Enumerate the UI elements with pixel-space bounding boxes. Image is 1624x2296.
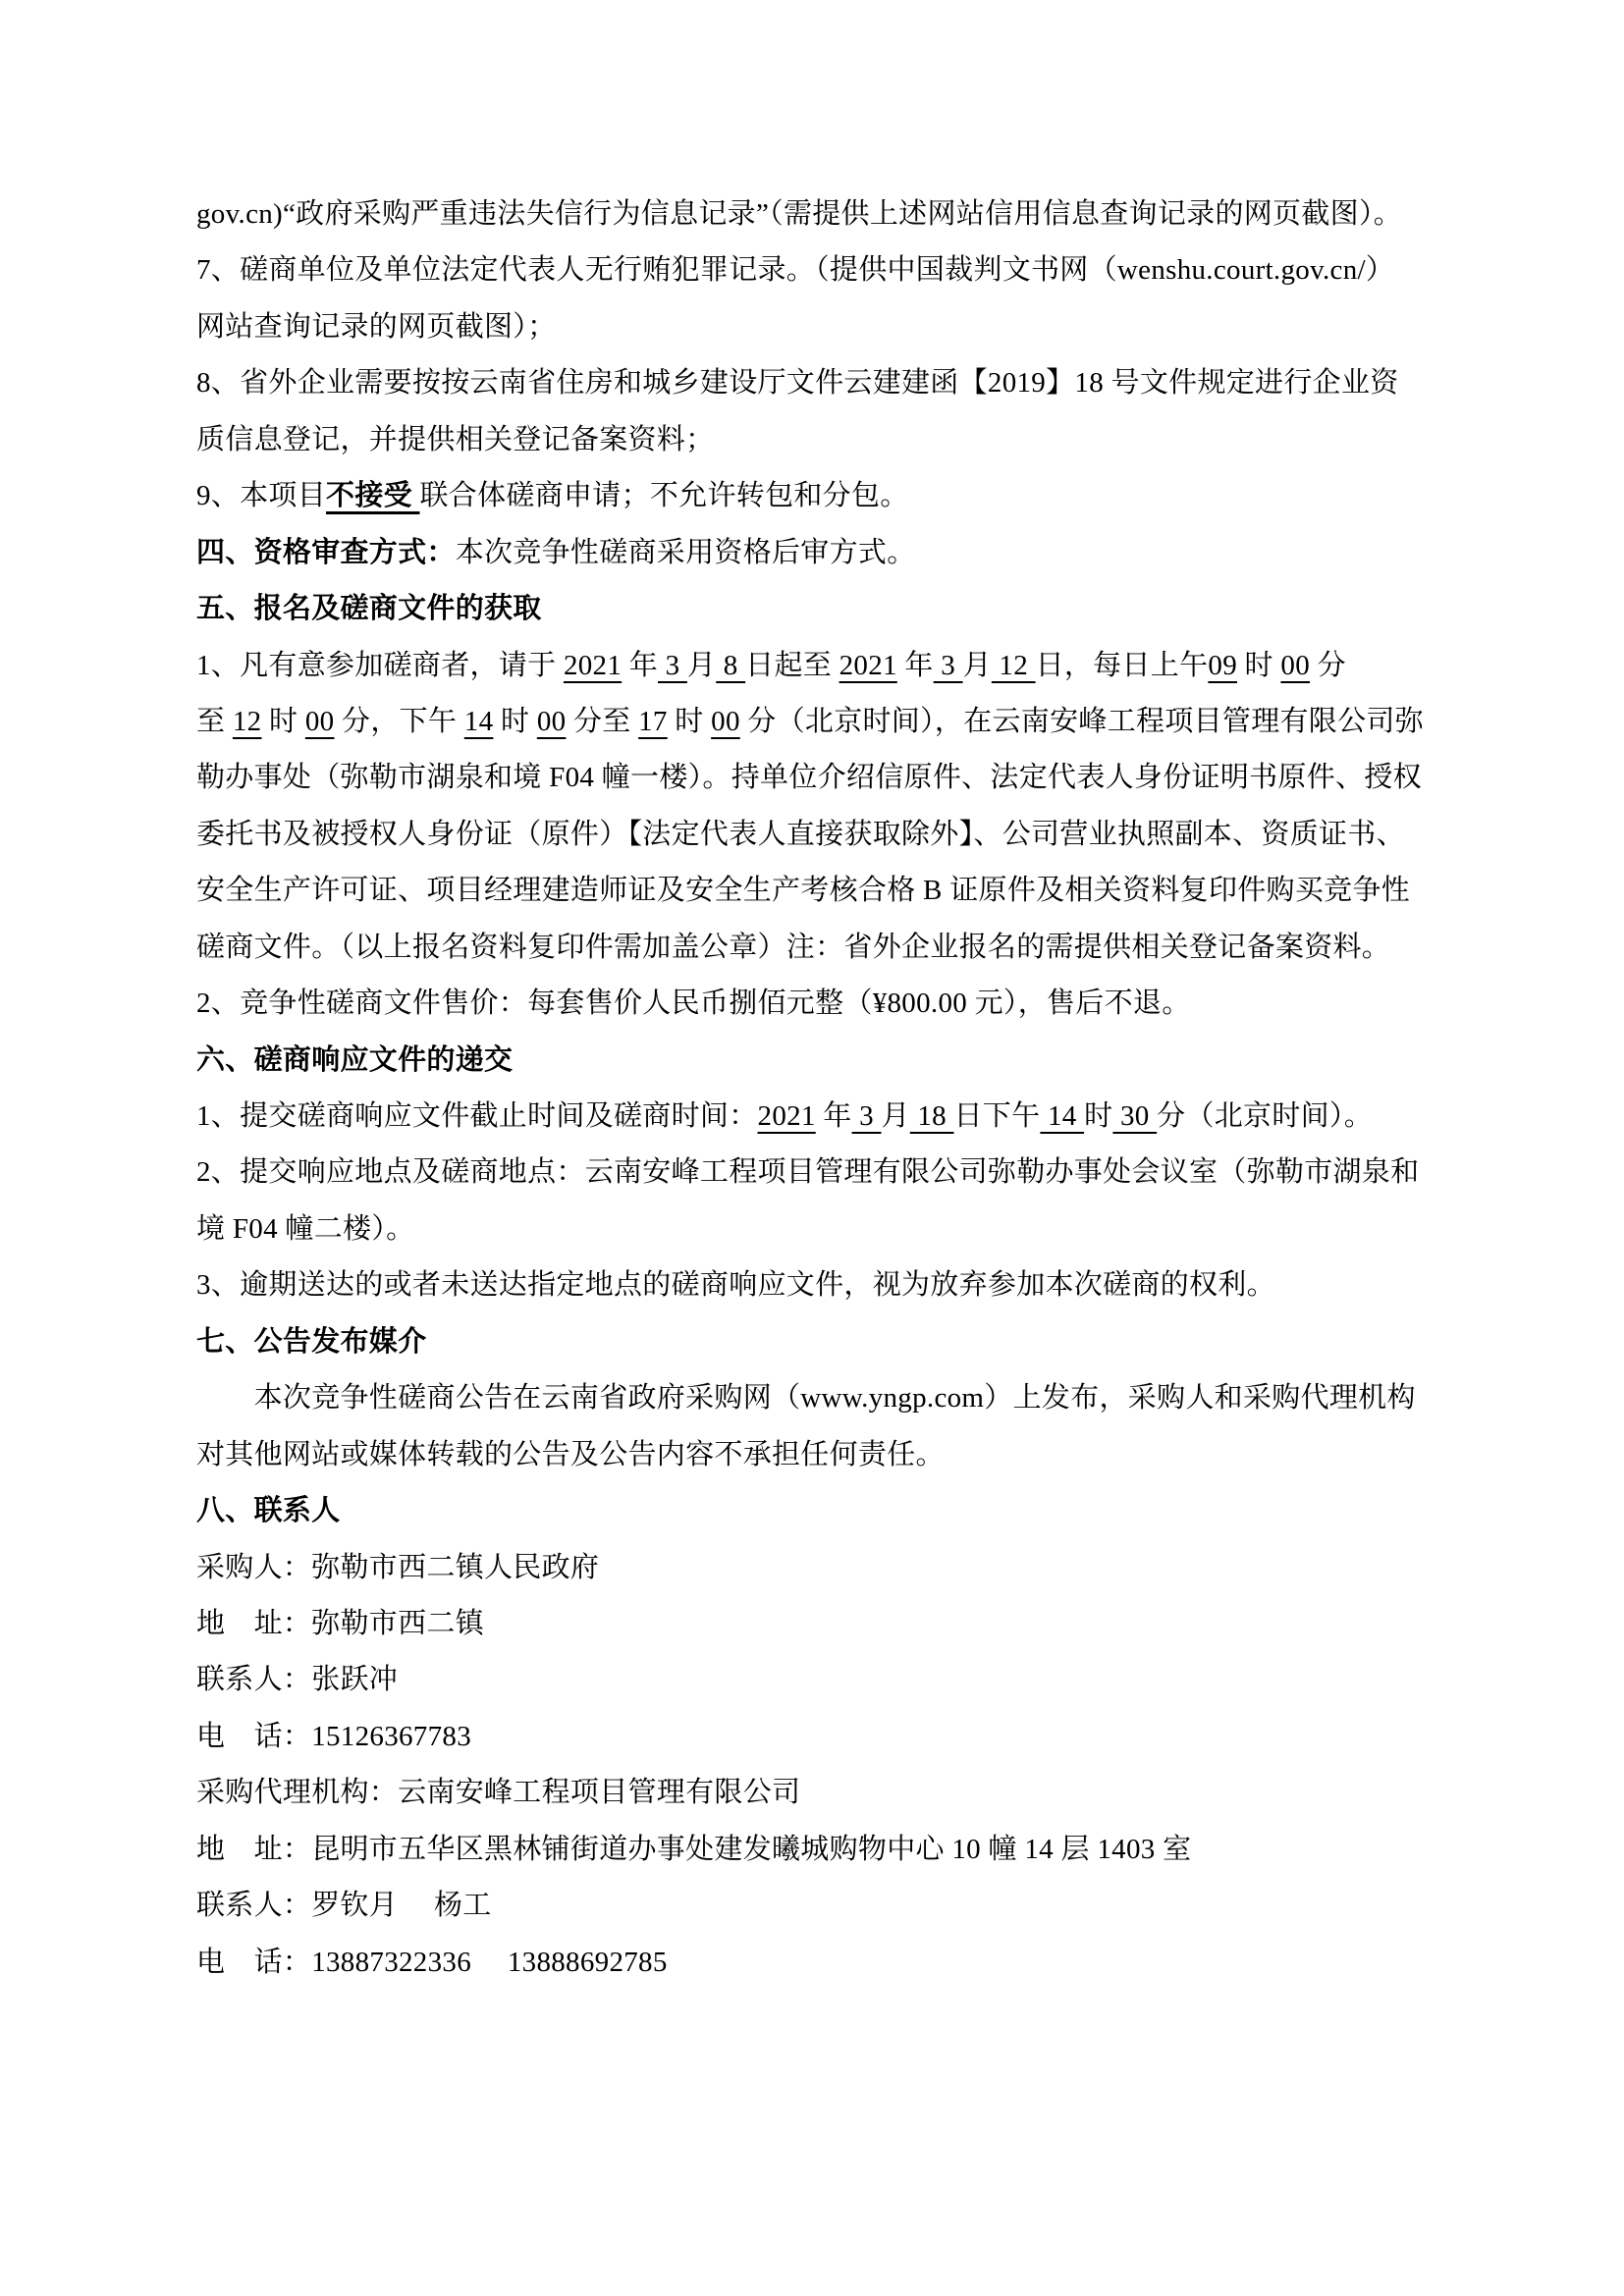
doc-line-item8-cont: 质信息登记，并提供相关登记备案资料； — [196, 412, 1428, 468]
text-run-minute: 30 — [1112, 1100, 1157, 1132]
text-run: 年 — [816, 1100, 852, 1132]
text-run-hour: 12 — [233, 706, 262, 737]
text-run-month: 3 — [934, 650, 963, 681]
doc-line-section5-heading: 五、报名及磋商文件的获取 — [196, 581, 1428, 637]
doc-line-item8: 8、省外企业需要按按云南省住房和城乡建设厅文件云建建函【2019】18 号文件规… — [196, 355, 1428, 411]
doc-line-section7-heading: 七、公告发布媒介 — [196, 1314, 1428, 1370]
doc-line-signup-time: 1、凡有意参加磋商者，请于 2021 年 3 月 8 日起至 2021 年 3 … — [196, 638, 1428, 694]
doc-line-signup-time-cont: 至 12 时 00 分，下午 14 时 00 分至 17 时 00 分（北京时间… — [196, 694, 1428, 750]
text-run-year: 2021 — [758, 1100, 816, 1132]
text-run: 1、凡有意参加磋商者，请于 — [196, 650, 564, 681]
text-run-year: 2021 — [564, 650, 622, 681]
doc-line-purchaser-address: 地 址：弥勒市西二镇 — [196, 1596, 1428, 1652]
text-run: 对其他网站或媒体转载的公告及公告内容不承担任何责任。 — [196, 1439, 945, 1470]
doc-line-section8-heading: 八、联系人 — [196, 1483, 1428, 1539]
text-run: 网站查询记录的网页截图）； — [196, 311, 556, 343]
text-run: 时 — [493, 706, 536, 737]
section-heading: 五、报名及磋商文件的获取 — [196, 593, 542, 624]
text-run: 月 — [881, 1100, 909, 1132]
text-run: 地 址：昆明市五华区黑林铺街道办事处建发曦城购物中心 10 幢 14 层 140… — [196, 1834, 1191, 1865]
text-run: 勒办事处（弥勒市湖泉和境 F04 幢一楼）。持单位介绍信原件、法定代表人身份证明… — [196, 762, 1422, 793]
text-run: 联系人：罗钦月 杨工 — [196, 1890, 492, 1921]
text-run: 2、提交响应地点及磋商地点：云南安峰工程项目管理有限公司弥勒办事处会议室（弥勒市… — [196, 1156, 1419, 1188]
doc-line-agency-address: 地 址：昆明市五华区黑林铺街道办事处建发曦城购物中心 10 幢 14 层 140… — [196, 1822, 1428, 1878]
text-run: 分（北京时间）。 — [1157, 1100, 1373, 1132]
text-run-minute: 00 — [711, 706, 740, 737]
text-run-hour: 17 — [638, 706, 668, 737]
text-run: 采购人：弥勒市西二镇人民政府 — [196, 1552, 599, 1583]
text-run: 月 — [687, 650, 716, 681]
text-run: 9、本项目 — [196, 480, 326, 511]
doc-line-continuation-credit-record: gov.cn)“政府采购严重违法失信行为信息记录”（需提供上述网站信用信息查询记… — [196, 187, 1428, 242]
text-run: 时 — [1237, 650, 1280, 681]
text-run: 本次竞争性磋商采用资格后审方式。 — [456, 537, 916, 568]
doc-line-section6-heading: 六、磋商响应文件的递交 — [196, 1033, 1428, 1089]
text-run-day: 8 — [716, 650, 745, 681]
section-heading: 四、资格审查方式： — [196, 537, 456, 568]
text-run: 联合体磋商申请；不允许转包和分包。 — [419, 480, 908, 511]
text-run: 联系人：张跃冲 — [196, 1664, 398, 1695]
text-run: 地 址：弥勒市西二镇 — [196, 1608, 484, 1639]
doc-line-document-price: 2、竞争性磋商文件售价：每套售价人民币捌佰元整（¥800.00 元），售后不退。 — [196, 976, 1428, 1032]
doc-line-submission-place-cont: 境 F04 幢二楼）。 — [196, 1201, 1428, 1257]
text-run-no-consortium-emphasis: 不接受 — [326, 480, 419, 511]
text-run: 年 — [622, 650, 658, 681]
text-run: 至 — [196, 706, 233, 737]
text-run: 分，下午 — [334, 706, 463, 737]
text-run: 月 — [963, 650, 992, 681]
text-run: 时 — [261, 706, 304, 737]
text-run-minute: 00 — [1280, 650, 1310, 681]
text-run: 本次竞争性磋商公告在云南省政府采购网（www.yngp.com）上发布，采购人和… — [196, 1382, 1416, 1414]
text-run: 电 话：13887322336 13888692785 — [196, 1947, 668, 1978]
document-content: gov.cn)“政府采购严重违法失信行为信息记录”（需提供上述网站信用信息查询记… — [196, 187, 1428, 1991]
doc-line-agency: 采购代理机构：云南安峰工程项目管理有限公司 — [196, 1765, 1428, 1821]
text-run: 日，每日上午 — [1036, 650, 1209, 681]
text-run-year: 2021 — [839, 650, 897, 681]
section-heading: 七、公告发布媒介 — [196, 1326, 426, 1358]
text-run: 境 F04 幢二楼）。 — [196, 1213, 414, 1245]
text-run: 时 — [1084, 1100, 1112, 1132]
doc-line-documents-required: 委托书及被授权人身份证（原件）【法定代表人直接获取除外】、公司营业执照副本、资质… — [196, 807, 1428, 863]
doc-line-agency-contact: 联系人：罗钦月 杨工 — [196, 1878, 1428, 1934]
doc-line-deadline: 1、提交磋商响应文件截止时间及磋商时间：2021 年 3 月 18 日下午 14… — [196, 1089, 1428, 1145]
text-run: 1、提交磋商响应文件截止时间及磋商时间： — [196, 1100, 758, 1132]
text-run: 委托书及被授权人身份证（原件）【法定代表人直接获取除外】、公司营业执照副本、资质… — [196, 819, 1405, 850]
text-run-hour: 14 — [464, 706, 494, 737]
text-run-hour: 14 — [1040, 1100, 1084, 1132]
text-run: 7、磋商单位及单位法定代表人无行贿犯罪记录。（提供中国裁判文书网（wenshu.… — [196, 254, 1394, 286]
doc-line-item7-cont: 网站查询记录的网页截图）； — [196, 299, 1428, 355]
text-run-month: 3 — [658, 650, 687, 681]
text-run: 日下午 — [954, 1100, 1041, 1132]
text-run: 3、逾期送达的或者未送达指定地点的磋商响应文件，视为放弃参加本次磋商的权利。 — [196, 1269, 1275, 1301]
text-run: 电 话：15126367783 — [196, 1721, 471, 1752]
text-run: 质信息登记，并提供相关登记备案资料； — [196, 424, 714, 455]
doc-line-late-delivery: 3、逾期送达的或者未送达指定地点的磋商响应文件，视为放弃参加本次磋商的权利。 — [196, 1257, 1428, 1313]
document-page: gov.cn)“政府采购严重违法失信行为信息记录”（需提供上述网站信用信息查询记… — [0, 0, 1624, 2296]
text-run: 分（北京时间），在云南安峰工程项目管理有限公司弥 — [740, 706, 1424, 737]
text-run: 分 — [1310, 650, 1346, 681]
text-run: 采购代理机构：云南安峰工程项目管理有限公司 — [196, 1777, 800, 1808]
text-run: gov.cn)“政府采购严重违法失信行为信息记录”（需提供上述网站信用信息查询记… — [196, 198, 1402, 230]
text-run: 日起至 — [745, 650, 839, 681]
doc-line-item7: 7、磋商单位及单位法定代表人无行贿犯罪记录。（提供中国裁判文书网（wenshu.… — [196, 242, 1428, 298]
text-run: 安全生产许可证、项目经理建造师证及安全生产考核合格 B 证原件及相关资料复印件购… — [196, 875, 1410, 906]
text-run: 分至 — [566, 706, 638, 737]
text-run-minute: 00 — [537, 706, 567, 737]
doc-line-purchaser-contact: 联系人：张跃冲 — [196, 1652, 1428, 1708]
text-run-month: 3 — [852, 1100, 882, 1132]
doc-line-office-address: 勒办事处（弥勒市湖泉和境 F04 幢一楼）。持单位介绍信原件、法定代表人身份证明… — [196, 750, 1428, 806]
doc-line-documents-note: 磋商文件。（以上报名资料复印件需加盖公章）注：省外企业报名的需提供相关登记备案资… — [196, 920, 1428, 976]
text-run-day: 18 — [910, 1100, 954, 1132]
text-run-hour: 09 — [1208, 650, 1237, 681]
doc-line-documents-required-cont: 安全生产许可证、项目经理建造师证及安全生产考核合格 B 证原件及相关资料复印件购… — [196, 863, 1428, 919]
doc-line-purchaser-phone: 电 话：15126367783 — [196, 1709, 1428, 1765]
doc-line-publish-media-cont: 对其他网站或媒体转载的公告及公告内容不承担任何责任。 — [196, 1427, 1428, 1483]
doc-line-section4-heading: 四、资格审查方式：本次竞争性磋商采用资格后审方式。 — [196, 525, 1428, 581]
doc-line-item9: 9、本项目不接受 联合体磋商申请；不允许转包和分包。 — [196, 468, 1428, 524]
section-heading: 八、联系人 — [196, 1495, 341, 1526]
text-run-day: 12 — [992, 650, 1036, 681]
doc-line-submission-place: 2、提交响应地点及磋商地点：云南安峰工程项目管理有限公司弥勒办事处会议室（弥勒市… — [196, 1145, 1428, 1201]
text-run: 时 — [668, 706, 711, 737]
section-heading: 六、磋商响应文件的递交 — [196, 1044, 513, 1076]
text-run-minute: 00 — [305, 706, 335, 737]
doc-line-publish-media: 本次竞争性磋商公告在云南省政府采购网（www.yngp.com）上发布，采购人和… — [196, 1370, 1428, 1426]
text-run: 2、竞争性磋商文件售价：每套售价人民币捌佰元整（¥800.00 元），售后不退。 — [196, 988, 1191, 1019]
text-run: 磋商文件。（以上报名资料复印件需加盖公章）注：省外企业报名的需提供相关登记备案资… — [196, 932, 1390, 963]
doc-line-agency-phone: 电 话：13887322336 13888692785 — [196, 1935, 1428, 1991]
text-run: 年 — [897, 650, 934, 681]
text-run: 8、省外企业需要按按云南省住房和城乡建设厅文件云建建函【2019】18 号文件规… — [196, 367, 1399, 399]
doc-line-purchaser: 采购人：弥勒市西二镇人民政府 — [196, 1540, 1428, 1596]
